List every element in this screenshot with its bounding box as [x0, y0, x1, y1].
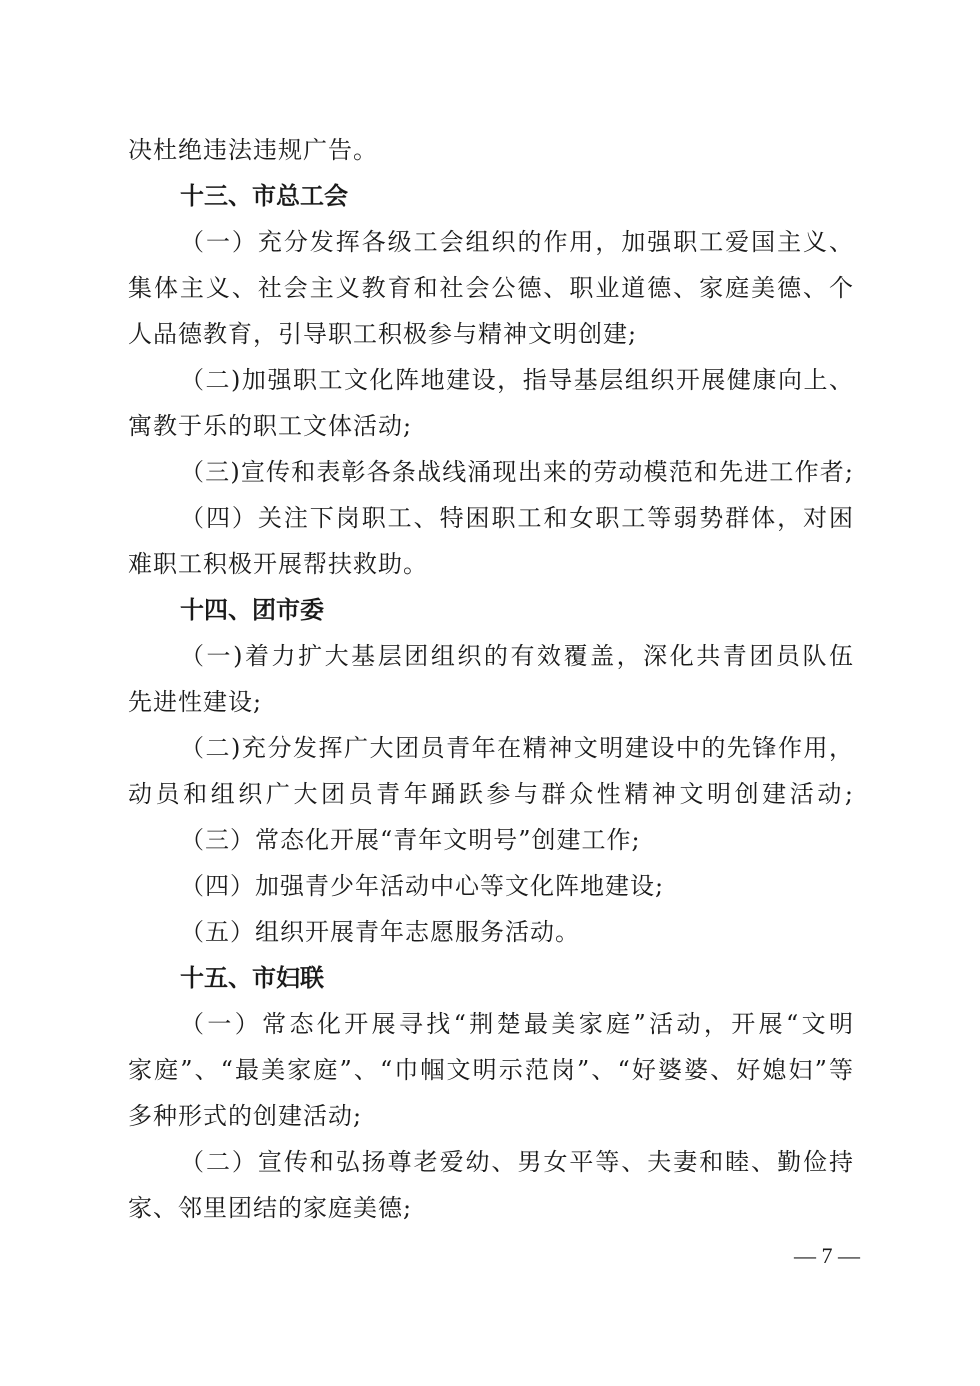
body-text-line: （四）加强青少年活动中心等文化阵地建设;: [180, 863, 854, 909]
body-text-line: （三）常态化开展“青年文明号”创建工作;: [180, 817, 854, 863]
body-text-line: 家、邻里团结的家庭美德;: [128, 1185, 854, 1231]
body-text-line: 难职工积极开展帮扶救助。: [128, 541, 854, 587]
body-text-line: （四）关注下岗职工、特困职工和女职工等弱势群体，对困: [180, 495, 854, 541]
section-heading-14: 十四、团市委: [180, 587, 854, 633]
page-number: — 7 —: [760, 1240, 860, 1272]
body-text-line: （二)充分发挥广大团员青年在精神文明建设中的先锋作用，: [180, 725, 854, 771]
body-text-line: 集体主义、社会主义教育和社会公德、职业道德、家庭美德、个: [128, 265, 854, 311]
body-text-line: 人品德教育，引导职工积极参与精神文明创建;: [128, 311, 854, 357]
section-heading-15: 十五、市妇联: [180, 955, 854, 1001]
body-text-line: （一)着力扩大基层团组织的有效覆盖，深化共青团员队伍: [180, 633, 854, 679]
body-text-line: （二)加强职工文化阵地建设，指导基层组织开展健康向上、: [180, 357, 854, 403]
section-heading-13: 十三、市总工会: [180, 173, 854, 219]
body-text-line: （五）组织开展青年志愿服务活动。: [180, 909, 854, 955]
body-text-line: 寓教于乐的职工文体活动;: [128, 403, 854, 449]
body-text-line: （二）宣传和弘扬尊老爱幼、男女平等、夫妻和睦、勤俭持: [180, 1139, 854, 1185]
document-page: 决杜绝违法违规广告。 十三、市总工会 （一）充分发挥各级工会组织的作用，加强职工…: [0, 0, 980, 1386]
body-text-line: （一）充分发挥各级工会组织的作用，加强职工爱国主义、: [180, 219, 854, 265]
body-text-line: （三)宣传和表彰各条战线涌现出来的劳动模范和先进工作者;: [180, 449, 854, 495]
body-text-line: 动员和组织广大团员青年踊跃参与群众性精神文明创建活动;: [128, 771, 854, 817]
body-text-line: 家庭”、“最美家庭”、“巾帼文明示范岗”、“好婆婆、好媳妇”等: [128, 1047, 854, 1093]
body-text-line: 决杜绝违法违规广告。: [128, 127, 854, 173]
body-text-line: （一）常态化开展寻找“荆楚最美家庭”活动，开展“文明: [180, 1001, 854, 1047]
body-text-line: 多种形式的创建活动;: [128, 1093, 854, 1139]
body-text-line: 先进性建设;: [128, 679, 854, 725]
